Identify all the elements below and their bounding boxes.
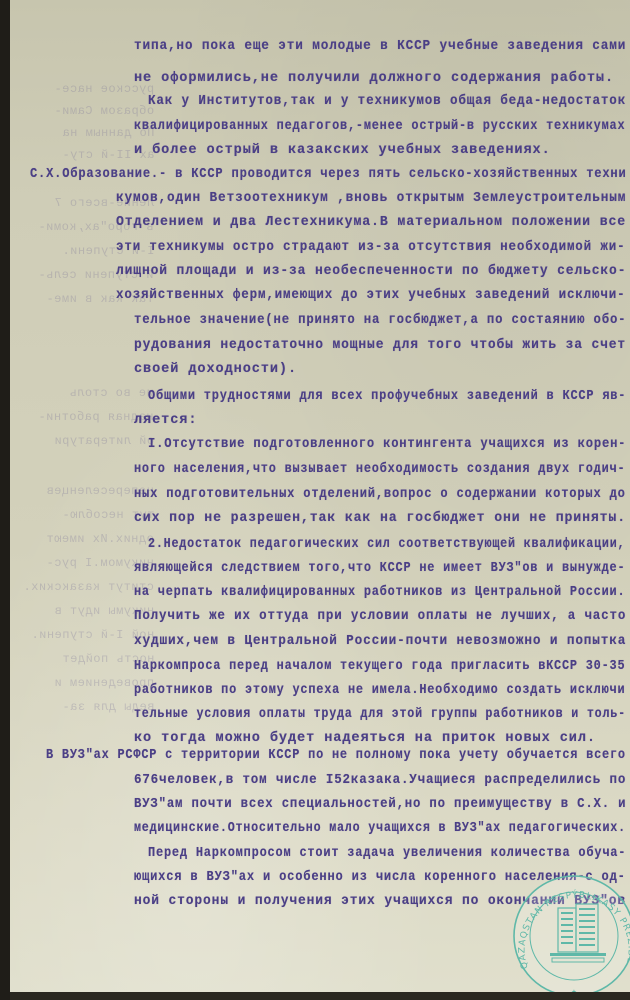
text-line: Отделением и два Лестехникума.В материал…	[116, 215, 626, 230]
text-line: Как у Институтов,так и у техникумов обща…	[148, 94, 626, 109]
bleed-line: ие во столь	[69, 386, 154, 400]
text-line: хозяйственных ферм,имеющих до этих учебн…	[116, 288, 625, 303]
text-line: не оформились,не получили должного содер…	[134, 71, 614, 86]
text-line: Наркомпроса перед началом текущего года …	[134, 659, 625, 674]
text-line: тельное значение(не принято на госбюджет…	[134, 313, 626, 328]
text-line: Получить же их оттуда при условии оплаты…	[134, 609, 626, 624]
text-line: Перед Наркомпросом стоит задача увеличен…	[148, 846, 626, 861]
text-line: 676человек,в том числе I52казака.Учащиес…	[134, 773, 626, 788]
text-line: ВУЗ"ам почти всех специальностей,но по п…	[134, 797, 626, 812]
text-line: Общими трудностями для всех профучебных …	[148, 389, 626, 404]
text-line: эти техникумы остро страдают из-за отсут…	[116, 240, 625, 255]
text-line: кумов,один Ветзоотехникум ,вновь открыты…	[116, 191, 626, 206]
text-line: рудования недостаточно мощные для того ч…	[134, 338, 626, 353]
text-line: и более острый в казакских учебных завед…	[134, 143, 551, 158]
text-line: своей доходности).	[134, 362, 297, 377]
text-line: I.Отсутствие подготовленного контингента…	[148, 437, 626, 452]
text-line: ко тогда можно будет надеяться на приток…	[134, 731, 596, 746]
text-line: С.Х.Образование.- в КССР проводится чере…	[30, 167, 627, 182]
bleed-line: образом Сами-	[54, 104, 154, 118]
text-line: ного населения,что вызывает необходимост…	[134, 462, 625, 477]
text-line: сих пор не разрешен,так как на госбюджет…	[134, 511, 626, 526]
text-line: ных подготовительных отделений,вопрос о …	[134, 487, 626, 502]
archive-stamp: QAZAQSTAN RESPÝBLIKASY PREZIDENTINIŃ ARH…	[508, 870, 630, 1000]
text-line: ляется:	[134, 413, 197, 428]
text-line: лищной площади и из-за необеспеченности …	[116, 264, 626, 279]
text-line: квалифицированных педагогов,-менее остры…	[134, 119, 625, 134]
text-line: тельные условия оплаты труда для этой гр…	[134, 707, 626, 722]
text-line: медицинские.Относительно мало учащихся в…	[134, 821, 626, 836]
text-line: работников по этому успеха не имела.Необ…	[134, 683, 625, 698]
scan-bottom-edge	[10, 992, 630, 1000]
text-line: типа,но пока еще эти молодые в КССР учеб…	[134, 39, 626, 54]
bleed-line: одних.Их имеют	[46, 532, 154, 546]
bleed-line: ой литератури	[54, 434, 154, 448]
text-line: 2.Недостаток педагогических сил соответс…	[148, 537, 625, 552]
text-line: В ВУЗ"ах РСФСР с территории КССР по не п…	[46, 748, 626, 763]
text-line: на черпать квалифицированных работников …	[134, 585, 625, 600]
text-line: являющейся следствием того,что КССР не и…	[134, 561, 625, 576]
stamp-seal: QAZAQSTAN RESPÝBLIKASY PREZIDENTINIŃ ARH…	[508, 870, 630, 1000]
text-line: худших,чем в Центральной России-почти не…	[134, 634, 626, 649]
